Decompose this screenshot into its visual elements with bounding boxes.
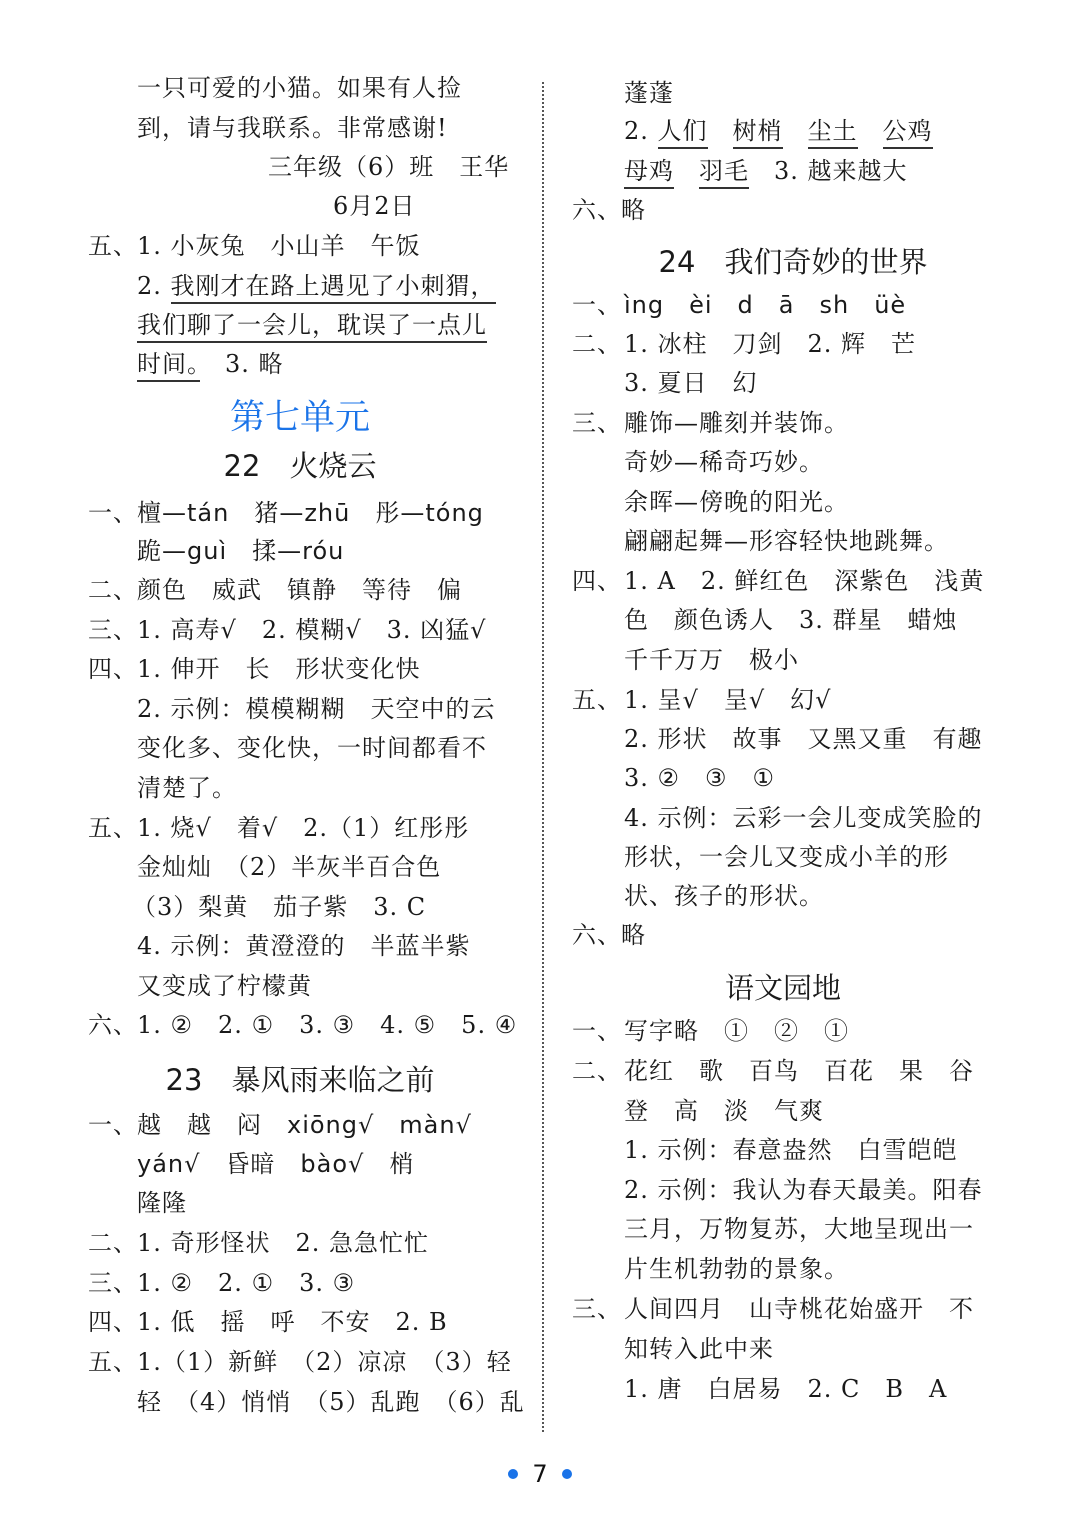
section-label: 二、 <box>88 575 138 605</box>
section-label: 四、 <box>572 566 622 596</box>
section-label: 五、 <box>88 1347 138 1377</box>
answer-line: 1. ② 2. ① 3. ③ 4. ⑤ 5. ④ <box>137 1010 517 1040</box>
answer-line: 1. 小灰兔 小山羊 午饭 <box>137 231 421 261</box>
section-label: 五、 <box>88 813 138 843</box>
section-label: 二、 <box>572 329 622 359</box>
answer-line: 登 高 淡 气爽 <box>624 1096 824 1126</box>
answer-line: 跪—guì 揉—róu <box>137 536 344 566</box>
notice-date: 6月2日 <box>333 191 416 221</box>
answer-line: 三月，万物复苏，大地呈现出一 <box>624 1214 974 1244</box>
answer-line: 我们聊了一会儿，耽误了一点儿 <box>137 310 487 340</box>
page-footer: 7 <box>0 1458 1080 1490</box>
section-label: 三、 <box>88 1268 138 1298</box>
answer-line: 1. 伸开 长 形状变化快 <box>137 654 421 684</box>
underlined-answer: 时间。 <box>137 350 200 382</box>
underlined-answer: 人们 <box>658 117 708 149</box>
answer-line: 3. ② ③ ① <box>624 763 775 793</box>
answer-line: 翩翩起舞—形容轻快地跳舞。 <box>624 526 949 556</box>
underlined-answer: 尘土 <box>808 117 858 149</box>
underlined-answer: 公鸡 <box>883 117 933 149</box>
section-label: 一、 <box>88 498 138 528</box>
section-label: 一、 <box>572 290 622 320</box>
answer-line: 形状，一会儿又变成小羊的形 <box>624 842 949 872</box>
answer-line: 1. 低 摇 呼 不安 2. B <box>137 1307 448 1337</box>
answer-prefix: 2. <box>624 117 658 145</box>
answer-line: ìng èi d ā sh üè <box>624 290 906 320</box>
answer-rest: 3. 越来越大 <box>774 157 908 185</box>
answer-line: 人间四月 山寺桃花始盛开 不 <box>624 1294 974 1324</box>
answer-line: 1. 示例：春意盎然 白雪皑皑 <box>624 1135 958 1165</box>
section-label: 四、 <box>88 1307 138 1337</box>
answer-line: 1. 烧√ 着√ 2.（1）红彤彤 <box>137 813 469 843</box>
answer-line: 奇妙—稀奇巧妙。 <box>624 447 824 477</box>
lesson-title: 24 我们奇妙的世界 <box>543 244 1043 280</box>
answer-line: 花红 歌 百鸟 百花 果 谷 <box>624 1056 974 1086</box>
answer-line: 1. A 2. 鲜红色 深紫色 浅黄 <box>624 566 984 596</box>
answer-line: 1. ② 2. ① 3. ③ <box>137 1268 355 1298</box>
answer-line: 蓬蓬 <box>624 78 674 108</box>
decorative-dot-icon <box>562 1469 572 1479</box>
answer-line: 色 颜色诱人 3. 群星 蜡烛 <box>624 605 958 635</box>
answer-line: 略 <box>621 195 646 225</box>
section-label: 一、 <box>88 1110 138 1140</box>
answer-line: 略 <box>621 920 646 950</box>
underlined-answer: 我刚才在路上遇见了小刺猬， <box>171 272 496 304</box>
answer-line: 颜色 威武 镇静 等待 偏 <box>137 575 462 605</box>
answer-line: 4. 示例：黄澄澄的 半蓝半紫 <box>137 931 471 961</box>
answer-line: 写字略 ① ② ① <box>624 1016 849 1046</box>
answer-line: 时间。 3. 略 <box>137 349 284 379</box>
underlined-answer: 我们聊了一会儿，耽误了一点儿 <box>137 311 487 343</box>
notice-signature: 三年级（6）班 王华 <box>268 152 509 182</box>
answer-line: 2. 形状 故事 又黑又重 有趣 <box>624 724 983 754</box>
notice-line: 一只可爱的小猫。如果有人捡 <box>137 73 462 103</box>
answer-line: 檀—tán 猪—zhū 彤—tóng <box>137 498 484 528</box>
underlined-answer: 树梢 <box>733 117 783 149</box>
answer-line: 清楚了。 <box>137 773 237 803</box>
section-label: 二、 <box>572 1056 622 1086</box>
section-label: 五、 <box>88 231 138 261</box>
answer-line: 变化多、变化快，一时间都看不 <box>137 733 487 763</box>
answer-line: 又变成了柠檬黄 <box>137 971 312 1001</box>
answer-line: 知转入此中来 <box>624 1334 774 1364</box>
underlined-answer: 羽毛 <box>699 157 749 189</box>
answer-line: 母鸡 羽毛 3. 越来越大 <box>624 156 908 186</box>
section-label: 三、 <box>572 1294 622 1324</box>
answer-line: 轻 （4）悄悄 （5）乱跑 （6）乱 <box>137 1387 525 1417</box>
answer-line: 金灿灿 （2）半灰半百合色 <box>137 852 441 882</box>
answer-line: 2. 示例：我认为春天最美。阳春 <box>624 1175 983 1205</box>
page-number: 7 <box>532 1460 547 1488</box>
section-label: 三、 <box>88 615 138 645</box>
answer-line: 状、孩子的形状。 <box>624 881 824 911</box>
section-label: 三、 <box>572 408 622 438</box>
section-label: 六、 <box>572 920 622 950</box>
decorative-dot-icon <box>508 1469 518 1479</box>
answer-line: 4. 示例：云彩一会儿变成笑脸的 <box>624 803 983 833</box>
answer-line: 1. 冰柱 刀剑 2. 辉 芒 <box>624 329 916 359</box>
section-label: 二、 <box>88 1228 138 1258</box>
answer-line: 片生机勃勃的景象。 <box>624 1254 849 1284</box>
section-label: 五、 <box>572 685 622 715</box>
answer-line: 2. 人们 树梢 尘土 公鸡 <box>624 116 933 146</box>
section-label: 四、 <box>88 654 138 684</box>
underlined-answer: 母鸡 <box>624 157 674 189</box>
answer-line: 余晖—傍晚的阳光。 <box>624 487 849 517</box>
answer-line: 隆隆 <box>137 1188 187 1218</box>
section-label: 六、 <box>88 1010 138 1040</box>
answer-key-page: 一只可爱的小猫。如果有人捡 到，请与我联系。非常感谢! 三年级（6）班 王华 6… <box>0 0 1080 1529</box>
lesson-title: 23 暴风雨来临之前 <box>0 1062 600 1098</box>
section-title: 语文园地 <box>543 970 1023 1006</box>
answer-line: （3）梨黄 茄子紫 3. C <box>132 892 426 922</box>
section-label: 一、 <box>572 1016 622 1046</box>
answer-line: 1. 高寿√ 2. 模糊√ 3. 凶猛√ <box>137 615 486 645</box>
answer-line: 2. 我刚才在路上遇见了小刺猬， <box>137 271 496 301</box>
answer-line: 2. 示例：模模糊糊 天空中的云 <box>137 694 496 724</box>
answer-line: 千千万万 极小 <box>624 645 799 675</box>
column-divider <box>542 82 544 1432</box>
answer-line: 1. 奇形怪状 2. 急急忙忙 <box>137 1228 429 1258</box>
section-label: 六、 <box>572 195 622 225</box>
unit-title: 第七单元 <box>0 397 600 439</box>
notice-line: 到，请与我联系。非常感谢! <box>137 113 448 143</box>
answer-line: 1. 呈√ 呈√ 幻√ <box>624 685 831 715</box>
answer-prefix: 2. <box>137 272 171 300</box>
answer-rest: 3. 略 <box>200 350 284 378</box>
lesson-title: 22 火烧云 <box>0 448 600 484</box>
answer-line: 越 越 闷 xiōng√ màn√ <box>137 1110 472 1140</box>
answer-line: 雕饰—雕刻并装饰。 <box>624 408 849 438</box>
answer-line: 1.（1）新鲜 （2）凉凉 （3）轻 <box>137 1347 512 1377</box>
answer-line: 3. 夏日 幻 <box>624 368 758 398</box>
answer-line: 1. 唐 白居易 2. C B A <box>624 1374 947 1404</box>
answer-line: yán√ 昏暗 bào√ 梢 <box>137 1149 414 1179</box>
